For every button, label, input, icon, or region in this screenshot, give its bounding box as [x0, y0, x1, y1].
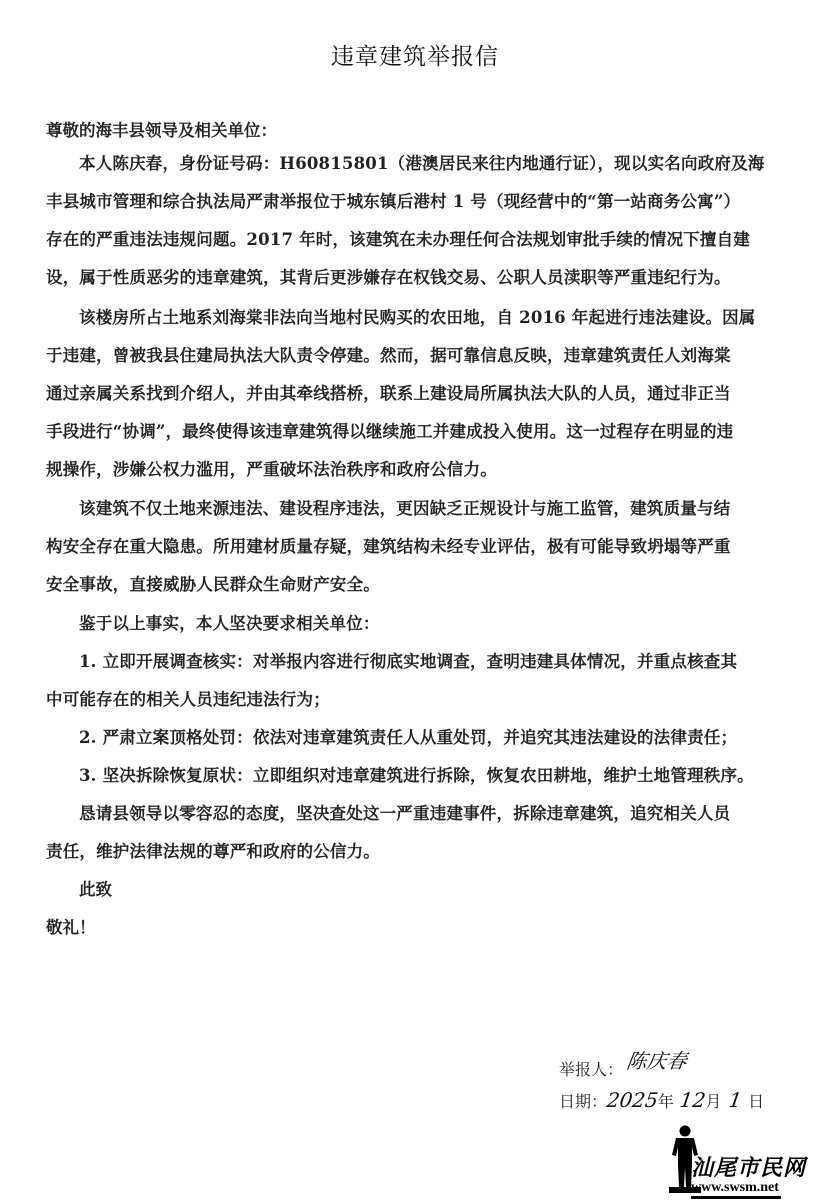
- demand-3: 3. 坚决拆除恢复原状：立即组织对违章建筑进行拆除，恢复农田耕地，维护土地管理秩…: [79, 762, 754, 786]
- paragraph-1-line-2: 丰县城市管理和综合执法局严肃举报位于城东镇后港村 1 号（现经营中的“第一站商务…: [46, 188, 740, 212]
- paragraph-2-line-1: 该楼房所占土地系刘海棠非法向当地村民购买的农田地，自 2016 年起进行违法建设…: [79, 304, 756, 328]
- paragraph-2-line-3: 通过亲属关系找到介绍人，并由其牵线搭桥，联系上建设局所属执法大队的人员，通过非正…: [46, 380, 731, 404]
- paragraph-1-line-4: 设，属于性质恶劣的违章建筑，其背后更涉嫌存在权钱交易、公职人员渎职等严重违纪行为…: [46, 264, 731, 288]
- date-day-handwritten: 1: [728, 1088, 744, 1112]
- salutation: 尊敬的海丰县领导及相关单位：: [46, 117, 277, 141]
- demand-1-line-2: 中可能存在的相关人员违纪违法行为；: [46, 686, 330, 710]
- paragraph-3-line-2: 构安全存在重大隐患。所用建材质量存疑，建筑结构未经专业评估，极有可能导致坍塌等严…: [46, 533, 731, 557]
- appeal-line-1: 恳请县领导以零容忍的态度，坚决查处这一严重违建事件，拆除违章建筑，追究相关人员: [79, 800, 730, 824]
- paragraph-1-line-3: 存在的严重违法违规问题。2017 年时，该建筑在未办理任何合法规划审批手续的情况…: [46, 226, 750, 250]
- date-year-unit: 年: [658, 1089, 674, 1112]
- date-label: 日期：: [559, 1089, 607, 1112]
- date-day-unit: 日: [748, 1089, 764, 1112]
- paragraph-3-line-3: 安全事故，直接威胁人民群众生命财产安全。: [46, 571, 380, 595]
- appeal-line-2: 责任，维护法律法规的尊严和政府的公信力。: [46, 838, 380, 862]
- demand-2: 2. 严肃立案顶格处罚：依法对违章建筑责任人从重处罚，并追究其违法建设的法律责任…: [79, 724, 737, 748]
- watermark-site-name: 汕尾市民网: [691, 1151, 806, 1182]
- closing-regards: 此致: [79, 876, 112, 900]
- date-row: 日期： 2025 年 12 月 1 日: [559, 1082, 764, 1112]
- date-month-handwritten: 12: [678, 1088, 707, 1112]
- date-month-unit: 月: [705, 1089, 721, 1112]
- date-year-handwritten: 2025: [605, 1088, 659, 1112]
- reporter-row: 举报人： 陈庆春: [559, 1050, 764, 1080]
- paragraph-2-line-2: 于违建，曾被我县住建局执法大队责令停建。然而，据可靠信息反映，违章建筑责任人刘海…: [46, 342, 731, 366]
- paragraph-1-line-1: 本人陈庆春，身份证号码：H60815801（港澳居民来往内地通行证），现以实名向…: [79, 150, 765, 174]
- reporter-label: 举报人：: [559, 1057, 623, 1080]
- paragraph-2-line-4: 手段进行“协调”，最终使得该违章建筑得以继续施工并建成投入使用。这一过程存在明显…: [46, 418, 733, 442]
- paragraph-2-line-5: 规操作，涉嫌公权力滥用，严重破坏法治秩序和政府公信力。: [46, 456, 497, 480]
- paragraph-3-line-1: 该建筑不仅土地来源违法、建设程序违法，更因缺乏正规设计与施工监管，建筑质量与结: [79, 495, 730, 519]
- reporter-signature: 陈庆春: [625, 1045, 689, 1074]
- signature-block: 举报人： 陈庆春 日期： 2025 年 12 月 1 日: [559, 1050, 764, 1112]
- document-title: 违章建筑举报信: [0, 38, 830, 71]
- closing-salute: 敬礼！: [46, 914, 96, 938]
- site-watermark: 汕尾市民网 www.swsm.net: [665, 1125, 830, 1200]
- demand-1-line-1: 1. 立即开展调查核实：对举报内容进行彻底实地调查，查明违建具体情况，并重点核查…: [79, 648, 737, 672]
- paragraph-4-line-1: 鉴于以上事实，本人坚决要求相关单位：: [79, 610, 380, 634]
- watermark-url: www.swsm.net: [691, 1180, 781, 1199]
